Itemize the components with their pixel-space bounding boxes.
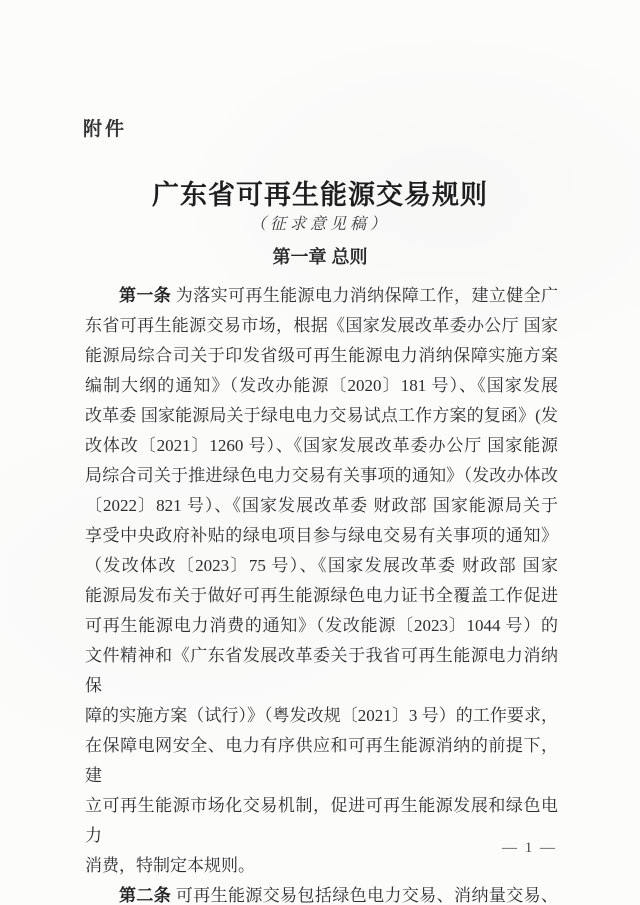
text-line: 文件精神和《广东省发展改革委关于我省可再生能源电力消纳保 bbox=[85, 641, 558, 701]
text-line: 东省可再生能源交易市场，根据《国家发展改革委办公厅 国家 bbox=[85, 311, 558, 341]
document-title: 广东省可再生能源交易规则 bbox=[0, 173, 640, 212]
text-line: 改体改〔2021〕1260 号）、《国家发展改革委办公厅 国家能源 bbox=[85, 431, 558, 461]
text-line: 局综合司关于推进绿色电力交易有关事项的通知》（发改办体改 bbox=[85, 461, 558, 491]
article-text: 为落实可再生能源电力消纳保障工作，建立健全广 bbox=[171, 286, 558, 305]
text-line: 改革委 国家能源局关于绿电电力交易试点工作方案的复函》(发 bbox=[85, 401, 558, 431]
text-line: 能源局综合司关于印发省级可再生能源电力消纳保障实施方案 bbox=[85, 341, 558, 371]
page-number: — 1 — bbox=[0, 840, 557, 857]
article-number: 第二条 bbox=[119, 886, 171, 905]
text-line: 〔2022〕821 号）、《国家发展改革委 财政部 国家能源局关于 bbox=[85, 491, 558, 521]
text-line: 第二条 可再生能源交易包括绿色电力交易、消纳量交易、 bbox=[85, 881, 558, 905]
chapter-heading: 第一章 总则 bbox=[0, 243, 640, 269]
text-line: 编制大纲的通知》（发改办能源〔2020〕181 号）、《国家发展 bbox=[85, 371, 558, 401]
text-line: 障的实施方案（试行）》（粤发改规〔2021〕3 号）的工作要求， bbox=[85, 701, 558, 731]
text-line: 可再生能源电力消费的通知》（发改能源〔2023〕1044 号）的 bbox=[85, 611, 558, 641]
text-line: 能源局发布关于做好可再生能源绿色电力证书全覆盖工作促进 bbox=[85, 581, 558, 611]
text-line: 享受中央政府补贴的绿电项目参与绿电交易有关事项的通知》 bbox=[85, 521, 558, 551]
document-subtitle: （征求意见稿） bbox=[0, 211, 640, 234]
attachment-label: 附件 bbox=[83, 114, 127, 141]
document-body: 第一条 为落实可再生能源电力消纳保障工作，建立健全广东省可再生能源交易市场，根据… bbox=[85, 281, 558, 905]
text-line: 在保障电网安全、电力有序供应和可再生能源消纳的前提下，建 bbox=[85, 731, 558, 791]
document-page: 附件 广东省可再生能源交易规则 （征求意见稿） 第一章 总则 第一条 为落实可再… bbox=[0, 0, 640, 905]
text-line: 第一条 为落实可再生能源电力消纳保障工作，建立健全广 bbox=[85, 281, 558, 311]
article-number: 第一条 bbox=[119, 286, 171, 305]
article-text: 可再生能源交易包括绿色电力交易、消纳量交易、 bbox=[171, 886, 558, 905]
text-line: （发改体改〔2023〕75 号）、《国家发展改革委 财政部 国家 bbox=[85, 551, 558, 581]
